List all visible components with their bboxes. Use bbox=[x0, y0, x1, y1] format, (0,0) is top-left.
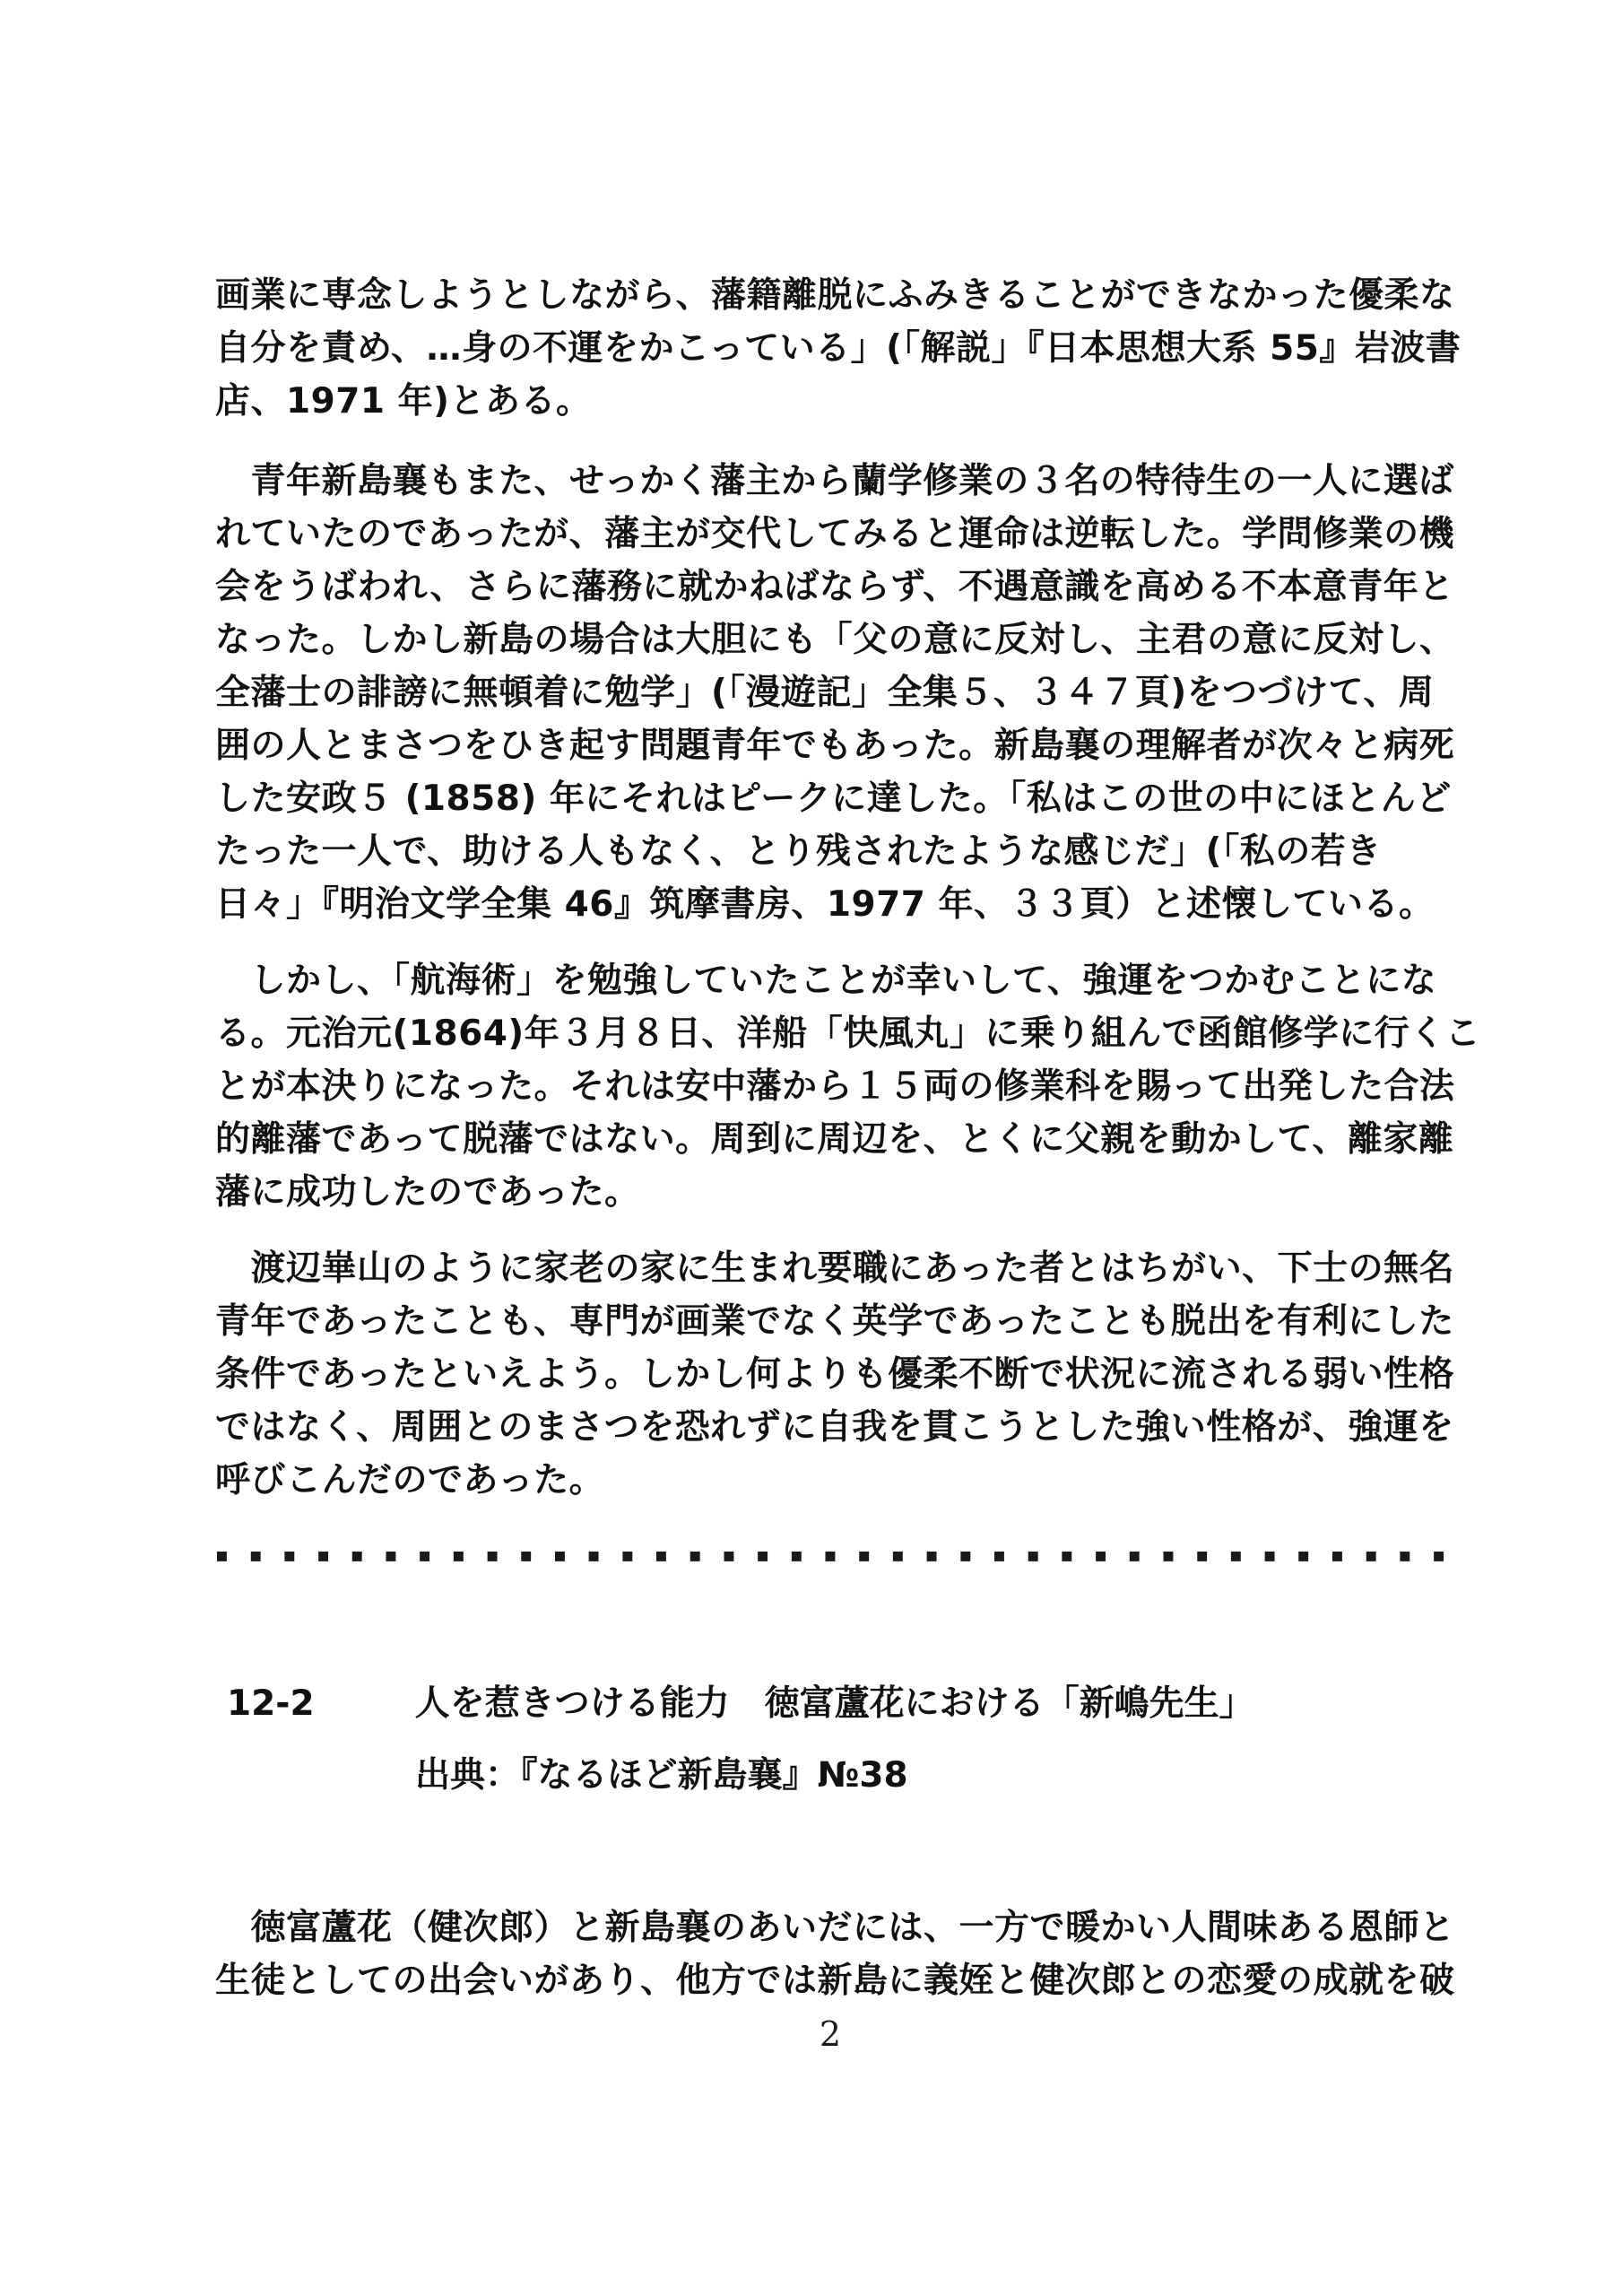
section-number: 12-2 bbox=[227, 1677, 315, 1730]
paragraph-4: 渡辺崋山のように家老の家に生まれ要職にあった者とはちがい、下士の無名 青年であっ… bbox=[215, 1242, 1445, 1507]
paragraph-1: 画業に専念しようとしながら、藩籍離脱にふみきることができなかった優柔な 自分を責… bbox=[215, 269, 1445, 428]
body-text-line: 青年新島襄もまた、せっかく藩主から蘭学修業の３名の特待生の一人に選ば bbox=[215, 455, 1445, 508]
body-text-line: 藩に成功したのであった。 bbox=[215, 1166, 1445, 1219]
body-text-line: した安政５ (1858) 年にそれはピークに達した。「私はこの世の中にほとんど bbox=[215, 772, 1445, 825]
body-text-line: とが本決りになった。それは安中藩から１５両の修業科を賜って出発した合法 bbox=[215, 1060, 1445, 1113]
document-page: 画業に専念しようとしながら、藩籍離脱にふみきることができなかった優柔な 自分を責… bbox=[0, 0, 1622, 2296]
body-text-line: 画業に専念しようとしながら、藩籍離脱にふみきることができなかった優柔な bbox=[215, 269, 1445, 322]
body-text-line: 生徒としての出会いがあり、他方では新島に義姪と健次郎との恋愛の成就を破 bbox=[215, 1954, 1445, 2007]
body-text-line: れていたのであったが、藩主が交代してみると運命は逆転した。学問修業の機 bbox=[215, 508, 1445, 561]
body-text-line: 徳富蘆花（健次郎）と新島襄のあいだには、一方で暖かい人間味ある恩師と bbox=[215, 1901, 1445, 1954]
body-text-line: 全藩士の誹謗に無頓着に勉学」(「漫遊記」全集５、３４７頁)をつづけて、周 bbox=[215, 666, 1445, 719]
body-text-line: 青年であったことも、専門が画業でなく英学であったことも脱出を有利にした bbox=[215, 1295, 1445, 1348]
section-title: 人を惹きつける能力 徳富蘆花における「新嶋先生」 bbox=[415, 1677, 1254, 1730]
section-heading: 12-2 人を惹きつける能力 徳富蘆花における「新嶋先生」 bbox=[227, 1677, 1445, 1730]
paragraph-3: しかし、「航海術」を勉強していたことが幸いして、強運をつかむことにな る。元治元… bbox=[215, 954, 1445, 1219]
closing-paragraph: 徳富蘆花（健次郎）と新島襄のあいだには、一方で暖かい人間味ある恩師と 生徒として… bbox=[215, 1901, 1445, 2007]
paragraph-2: 青年新島襄もまた、せっかく藩主から蘭学修業の３名の特待生の一人に選ば れていたの… bbox=[215, 455, 1445, 931]
dotted-separator: ▪ ▪ ▪ ▪ ▪ ▪ ▪ ▪ ▪ ▪ ▪ ▪ ▪ ▪ ▪ ▪ ▪ ▪ ▪ ▪ … bbox=[215, 1543, 1445, 1570]
body-text-line: たった一人で、助ける人もなく、とり残されたような感じだ」(「私の若き bbox=[215, 825, 1445, 878]
body-text-line: 会をうばわれ、さらに藩務に就かねばならず、不遇意識を高める不本意青年と bbox=[215, 561, 1445, 613]
body-text-line: 自分を責め、…身の不運をかこっている」(「解説」『日本思想大系 55』岩波書 bbox=[215, 322, 1445, 375]
body-text-line: 条件であったといえよう。しかし何よりも優柔不断で状況に流される弱い性格 bbox=[215, 1348, 1445, 1401]
body-text-line: なった。しかし新島の場合は大胆にも「父の意に反対し、主君の意に反対し、 bbox=[215, 613, 1445, 666]
body-text-line: 渡辺崋山のように家老の家に生まれ要職にあった者とはちがい、下士の無名 bbox=[215, 1242, 1445, 1295]
body-text-line: る。元治元(1864)年３月８日、洋船「快風丸」に乗り組んで函館修学に行くこ bbox=[215, 1007, 1445, 1060]
body-text-line: 店、1971 年)とある。 bbox=[215, 375, 1445, 428]
source-citation: 出典：『なるほど新島襄』№38 bbox=[415, 1749, 1445, 1802]
body-text-line: 囲の人とまさつをひき起す問題青年でもあった。新島襄の理解者が次々と病死 bbox=[215, 719, 1445, 772]
body-text-line: 的離藩であって脱藩ではない。周到に周辺を、とくに父親を動かして、離家離 bbox=[215, 1113, 1445, 1166]
page-number: 2 bbox=[215, 2013, 1445, 2056]
page-content: 画業に専念しようとしながら、藩籍離脱にふみきることができなかった優柔な 自分を責… bbox=[215, 269, 1445, 2056]
body-text-line: ではなく、周囲とのまさつを恐れずに自我を貫こうとした強い性格が、強運を bbox=[215, 1401, 1445, 1454]
body-text-line: 呼びこんだのであった。 bbox=[215, 1454, 1445, 1507]
body-text-line: 日々」『明治文学全集 46』筑摩書房、1977 年、３３頁）と述懐している。 bbox=[215, 878, 1445, 931]
body-text-line: しかし、「航海術」を勉強していたことが幸いして、強運をつかむことにな bbox=[215, 954, 1445, 1007]
